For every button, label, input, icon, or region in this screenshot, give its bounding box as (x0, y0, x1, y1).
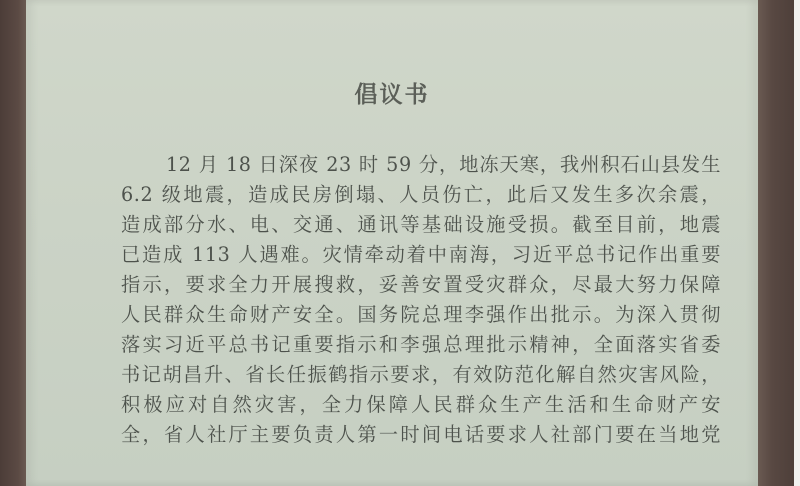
body-line-9: 积极应对自然灾害，全力保障人民群众生产生活和生命财产安 (121, 390, 721, 420)
document-paper: 倡议书 12 月 18 日深夜 23 时 59 分，地冻天寒，我州积石山县发生 … (26, 0, 758, 486)
document-title: 倡议书 (26, 76, 758, 109)
body-line-1: 12 月 18 日深夜 23 时 59 分，地冻天寒，我州积石山县发生 (121, 150, 721, 180)
body-line-2: 6.2 级地震，造成民房倒塌、人员伤亡，此后又发生多次余震， (121, 180, 721, 210)
background-white-strip (794, 0, 800, 486)
body-line-4: 已造成 113 人遇难。灾情牵动着中南海，习近平总书记作出重要 (121, 240, 721, 270)
body-line-7: 落实习近平总书记重要指示和李强总理批示精神，全面落实省委 (121, 330, 721, 360)
document-body: 12 月 18 日深夜 23 时 59 分，地冻天寒，我州积石山县发生 6.2 … (121, 150, 721, 450)
body-line-8: 书记胡昌升、省长任振鹤指示要求，有效防范化解自然灾害风险， (121, 360, 721, 390)
body-line-3: 造成部分水、电、交通、通讯等基础设施受损。截至目前，地震 (121, 210, 721, 240)
body-line-10: 全，省人社厅主要负责人第一时间电话要求人社部门要在当地党 (121, 420, 721, 450)
body-line-5: 指示，要求全力开展搜救，妥善安置受灾群众，尽最大努力保障 (121, 270, 721, 300)
background-left-edge (0, 0, 26, 486)
background-right-edge (758, 0, 794, 486)
body-line-6: 人民群众生命财产安全。国务院总理李强作出批示。为深入贯彻 (121, 300, 721, 330)
